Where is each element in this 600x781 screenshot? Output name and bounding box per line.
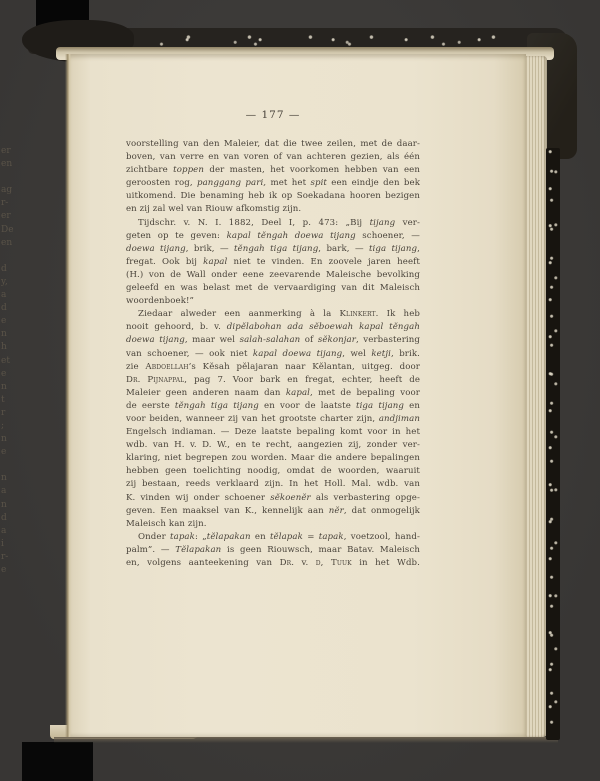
facing-page-text-fragment: n [1, 499, 15, 512]
text-segment: sĕkonjar [318, 335, 356, 345]
text-segment: boven, van verre en van voren of van ach… [126, 152, 420, 162]
text-line: geven. Een maaksel van K., kennelijk aan… [126, 505, 420, 518]
text-line: fregat. Ook bij kapal niet te vinden. En… [126, 256, 420, 269]
facing-page-text-fragment: n [1, 472, 15, 485]
text-segment: voor beiden, wanneer zij van het grootst… [126, 414, 379, 424]
text-segment: = [303, 532, 319, 542]
text-segment: , verbastering [356, 335, 420, 345]
facing-page-text-fragment: a [1, 525, 15, 538]
facing-page-text-fragment: et [1, 355, 15, 368]
text-line: (H.) von de Wall onder eene zeevarende M… [126, 269, 420, 282]
text-segment: doewa tijang [126, 244, 186, 254]
text-segment: der masten, het voorkomen hebben van een [204, 165, 420, 175]
page-fore-edge [524, 56, 547, 737]
facing-page-text-fragment: r- [1, 197, 15, 210]
text-segment: geroosten rog, [126, 178, 197, 188]
facing-page-text-fragment: d [1, 512, 15, 525]
text-segment: v. [294, 558, 316, 568]
page-text: voorstelling van den Maleier, dat die tw… [126, 138, 420, 570]
text-segment: niet te vinden. En zoovele jaren heeft [227, 257, 420, 267]
text-segment: Ziedaar alweder een aanmerking à la [138, 309, 339, 319]
text-segment: K. vinden wij onder schoener [126, 493, 270, 503]
page-number: — 177 — [126, 109, 420, 121]
text-segment: , brik, — [186, 244, 234, 254]
text-line: K. vinden wij onder schoener sĕkoenĕr al… [126, 492, 420, 505]
text-segment: salah-salahan [240, 335, 301, 345]
facing-page-text-fragment: d [1, 263, 15, 276]
text-segment: met het [266, 178, 310, 188]
text-segment: , dat onmogelijk [344, 506, 420, 516]
text-segment: sĕkoenĕr [270, 493, 311, 503]
text-segment: klaring, niet begrepen zou worden. Maar … [126, 453, 420, 463]
text-segment: en [404, 401, 420, 411]
text-segment: Klinkert [339, 309, 375, 319]
text-segment: ver- [395, 218, 420, 228]
text-line: Maleier geen anderen naam dan kapal, met… [126, 387, 420, 400]
text-line: woordenboek!” [126, 295, 420, 308]
text-segment: geleefd en was belast met de vervaardigi… [126, 283, 420, 293]
text-line: hebben geen toelichting noodig, omdat de… [126, 465, 420, 478]
text-segment: Tijdschr. v. N. I. 1882, Deel I, p. 473:… [138, 218, 370, 228]
text-segment: Tuuk [331, 558, 352, 568]
text-segment: , wel [342, 349, 371, 359]
text-line: en, volgens aanteekening van Dr. v. d, T… [126, 557, 420, 570]
text-segment: of [300, 335, 318, 345]
text-segment: is geen Riouwsch, maar Batav. Maleisch [221, 545, 420, 555]
text-line: doewa tijang, brik, — tĕngah tiga tijang… [126, 243, 420, 256]
text-segment: Maleier geen anderen naam dan [126, 388, 286, 398]
text-segment: Tĕlapakan [175, 545, 221, 555]
facing-page-text-fragment: ; [1, 420, 15, 433]
text-segment: , pag 7. Voor bark en fregat, echter, he… [184, 375, 420, 385]
text-line: palm”. — Tĕlapakan is geen Riouwsch, maa… [126, 544, 420, 557]
text-segment: tijang [370, 218, 396, 228]
text-segment: Maleisch kan zijn. [126, 519, 207, 529]
text-segment: kapal [286, 388, 310, 398]
text-segment: wdb. van H. v. D. W., en te recht, aange… [126, 440, 420, 450]
facing-page-edge: eren agr-erDeen dy,adenhetentr;ne nandai… [0, 57, 68, 737]
text-segment: Abdoellah [145, 362, 188, 372]
text-segment: tĕlapak [270, 532, 303, 542]
text-line: van schoener, — ook niet kapal doewa tij… [126, 348, 420, 361]
text-segment: en, volgens aanteekening van [126, 558, 280, 568]
facing-page-text-fragment: i [1, 538, 15, 551]
text-line: Engelsch indiaman. — Deze laatste bepali… [126, 426, 420, 439]
facing-page-text-fragment: d [1, 302, 15, 315]
facing-page-text-fragment: e [1, 368, 15, 381]
text-segment: kapal [203, 257, 227, 267]
facing-page-text-fragment: h [1, 341, 15, 354]
text-segment: , brik. [391, 349, 420, 359]
text-segment: , bark, — [318, 244, 369, 254]
facing-page-text-fragment: e [1, 564, 15, 577]
text-segment: tiga tijang [356, 401, 404, 411]
facing-page-text-fragment: e [1, 315, 15, 328]
text-segment: andjiman [379, 414, 420, 424]
facing-page-text-fragment: r [1, 407, 15, 420]
text-segment: kapal doewa tijang [253, 349, 342, 359]
facing-page-text-fragment: t [1, 394, 15, 407]
page-bottom-shadow [54, 737, 558, 743]
text-segment: de eerste [126, 401, 175, 411]
facing-page-text-fragment: y, [1, 276, 15, 289]
text-line: doewa tijang, maar wel salah-salahan of … [126, 334, 420, 347]
text-segment: Dr. [280, 558, 294, 568]
text-segment: zichtbare [126, 165, 173, 175]
text-segment: , maar wel [185, 335, 240, 345]
facing-page-text-fragment: De [1, 224, 15, 237]
text-segment: en zij zal wel van Riouw afkomstig zijn. [126, 204, 301, 214]
text-segment: schoener, — [356, 231, 420, 241]
text-line: de eerste tĕngah tiga tijang en voor de … [126, 400, 420, 413]
text-segment: spit [310, 178, 327, 188]
text-segment: tapak [170, 532, 195, 542]
text-segment: Onder [138, 532, 170, 542]
text-segment: geten op te geven: [126, 231, 227, 241]
text-segment: tĕngah tiga tijang [234, 244, 318, 254]
text-segment: nooit gehoord, b. v. [126, 322, 227, 332]
text-segment: ketji [371, 349, 391, 359]
facing-page-text-fragment: en [1, 237, 15, 250]
text-line: geten op te geven: kapal tĕngah doewa ti… [126, 230, 420, 243]
text-segment: geven. Een maaksel van K., kennelijk aan [126, 506, 329, 516]
facing-page-text-fragment: n [1, 328, 15, 341]
text-line: Maleisch kan zijn. [126, 518, 420, 531]
text-segment: , voetzool, hand- [344, 532, 420, 542]
text-segment: , [417, 244, 420, 254]
facing-page-text-fragment: ag [1, 184, 15, 197]
text-segment: tĕngah tiga tijang [175, 401, 259, 411]
text-segment: zie [126, 362, 145, 372]
facing-page-text-fragment: er [1, 210, 15, 223]
text-line: en zij zal wel van Riouw afkomstig zijn. [126, 203, 420, 216]
text-segment: tĕlapakan [207, 532, 251, 542]
text-line: wdb. van H. v. D. W., en te recht, aange… [126, 439, 420, 452]
text-segment: als verbastering opge- [311, 493, 420, 503]
text-segment: (H.) von de Wall onder eene zeevarende M… [126, 270, 420, 280]
marbled-cover-edge [546, 148, 560, 740]
text-segment: nĕr [329, 506, 344, 516]
text-line: voor beiden, wanneer zij van het grootst… [126, 413, 420, 426]
text-segment: : „ [195, 532, 207, 542]
facing-page-text-fragment: a [1, 289, 15, 302]
text-line: uitkomend. Die benaming heb ik op Soekad… [126, 190, 420, 203]
text-line: Dr. Pijnappal, pag 7. Voor bark en frega… [126, 374, 420, 387]
text-segment: panggang pari, [197, 178, 266, 188]
text-line: geleefd en was belast met de vervaardigi… [126, 282, 420, 295]
facing-page-text-fragment: e [1, 446, 15, 459]
text-line: nooit gehoord, b. v. dipĕlabohan ada sĕb… [126, 321, 420, 334]
facing-page-text-fragment: a [1, 485, 15, 498]
text-segment: voorstelling van den Maleier, dat die tw… [126, 139, 420, 149]
facing-page-text-fragment [1, 250, 15, 263]
text-segment: en voor de laatste [259, 401, 356, 411]
facing-page-text-fragment: n [1, 381, 15, 394]
facing-page-text-fragment: er [1, 145, 15, 158]
text-segment: fregat. Ook bij [126, 257, 203, 267]
facing-page-text-fragment [1, 171, 15, 184]
text-line: voorstelling van den Maleier, dat die tw… [126, 138, 420, 151]
text-segment: zij bestaan, reeds verklaard zijn. In he… [126, 479, 420, 489]
text-segment: woordenboek!” [126, 296, 194, 306]
facing-page-text-fragment: r- [1, 551, 15, 564]
text-segment: tiga tijang [369, 244, 417, 254]
text-segment: toppen [173, 165, 204, 175]
text-segment: van schoener, — ook niet [126, 349, 253, 359]
text-segment: in het Wdb. [352, 558, 420, 568]
text-line: Ziedaar alweder een aanmerking à la Klin… [126, 308, 420, 321]
text-line: zie Abdoellah’s Kĕsah pĕlajaran naar Kĕl… [126, 361, 420, 374]
text-segment: tapak [319, 532, 344, 542]
text-line: zij bestaan, reeds verklaard zijn. In he… [126, 478, 420, 491]
book-page: — 177 — voorstelling van den Maleier, da… [68, 54, 526, 737]
text-segment: palm”. — [126, 545, 175, 555]
text-segment: . Ik heb [376, 309, 420, 319]
text-segment: doewa tijang [126, 335, 185, 345]
text-segment: kapal tĕngah doewa tijang [227, 231, 356, 241]
text-segment: , met de bepaling voor [310, 388, 420, 398]
book-gutter [65, 54, 71, 737]
text-line: klaring, niet begrepen zou worden. Maar … [126, 452, 420, 465]
facing-page-text-fragment: n [1, 433, 15, 446]
text-line: Tijdschr. v. N. I. 1882, Deel I, p. 473:… [126, 217, 420, 230]
text-segment [324, 558, 331, 568]
scan-artifact-bottom-left [22, 742, 93, 781]
text-segment: dipĕlabohan ada sĕboewah kapal tĕngah [227, 322, 420, 332]
text-segment: d, [316, 558, 324, 568]
text-line: boven, van verre en van voren of van ach… [126, 151, 420, 164]
text-segment: uitkomend. Die benaming heb ik op Soekad… [126, 191, 420, 201]
text-line: zichtbare toppen der masten, het voorkom… [126, 164, 420, 177]
text-segment: een eindje den bek [327, 178, 420, 188]
text-segment: hebben geen toelichting noodig, omdat de… [126, 466, 420, 476]
text-line: geroosten rog, panggang pari, met het sp… [126, 177, 420, 190]
facing-page-text-fragment [1, 459, 15, 472]
facing-page-text-fragment: en [1, 158, 15, 171]
text-line: Onder tapak: „tĕlapakan en tĕlapak = tap… [126, 531, 420, 544]
text-segment: en [251, 532, 270, 542]
text-segment: Engelsch indiaman. — Deze laatste bepali… [126, 427, 420, 437]
text-segment: Dr. Pijnappal [126, 375, 184, 385]
facing-page-text-fragments: eren agr-erDeen dy,adenhetentr;ne nandai… [1, 145, 15, 577]
text-segment: ’s Kĕsah pĕlajaran naar Kĕlantan, uitgeg… [189, 362, 420, 372]
